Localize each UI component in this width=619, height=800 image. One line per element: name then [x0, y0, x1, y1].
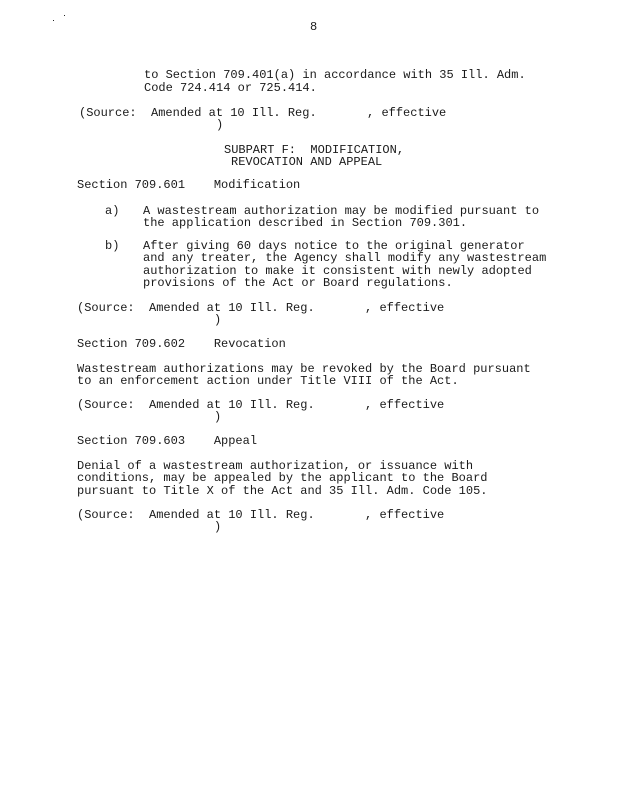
section-heading: Section 709.603 Appeal — [77, 435, 257, 447]
body-line: to an enforcement action under Title VII… — [77, 375, 459, 387]
source-note-close: ) — [214, 314, 221, 326]
source-note: (Source: Amended at 10 Ill. Reg. , effec… — [77, 509, 444, 521]
source-note: (Source: Amended at 10 Ill. Reg. , effec… — [79, 107, 446, 119]
continuation-line: to Section 709.401(a) in accordance with… — [144, 69, 526, 81]
item-line: and any treater, the Agency shall modify… — [143, 252, 546, 264]
section-heading: Section 709.601 Modification — [77, 179, 300, 191]
item-label: a) — [105, 205, 119, 217]
source-note-close: ) — [216, 119, 223, 131]
scan-speck — [53, 20, 54, 21]
section-heading: Section 709.602 Revocation — [77, 338, 286, 350]
source-note: (Source: Amended at 10 Ill. Reg. , effec… — [77, 302, 444, 314]
page-number: 8 — [310, 21, 317, 33]
item-line: the application described in Section 709… — [143, 217, 467, 229]
subpart-heading: REVOCATION AND APPEAL — [231, 156, 382, 168]
continuation-line: Code 724.414 or 725.414. — [144, 82, 317, 94]
source-note-close: ) — [214, 521, 221, 533]
body-line: conditions, may be appealed by the appli… — [77, 472, 487, 484]
source-note-close: ) — [214, 411, 221, 423]
source-note: (Source: Amended at 10 Ill. Reg. , effec… — [77, 399, 444, 411]
item-line: provisions of the Act or Board regulatio… — [143, 277, 453, 289]
item-label: b) — [105, 240, 119, 252]
body-line: pursuant to Title X of the Act and 35 Il… — [77, 485, 487, 497]
scan-speck — [64, 15, 65, 16]
